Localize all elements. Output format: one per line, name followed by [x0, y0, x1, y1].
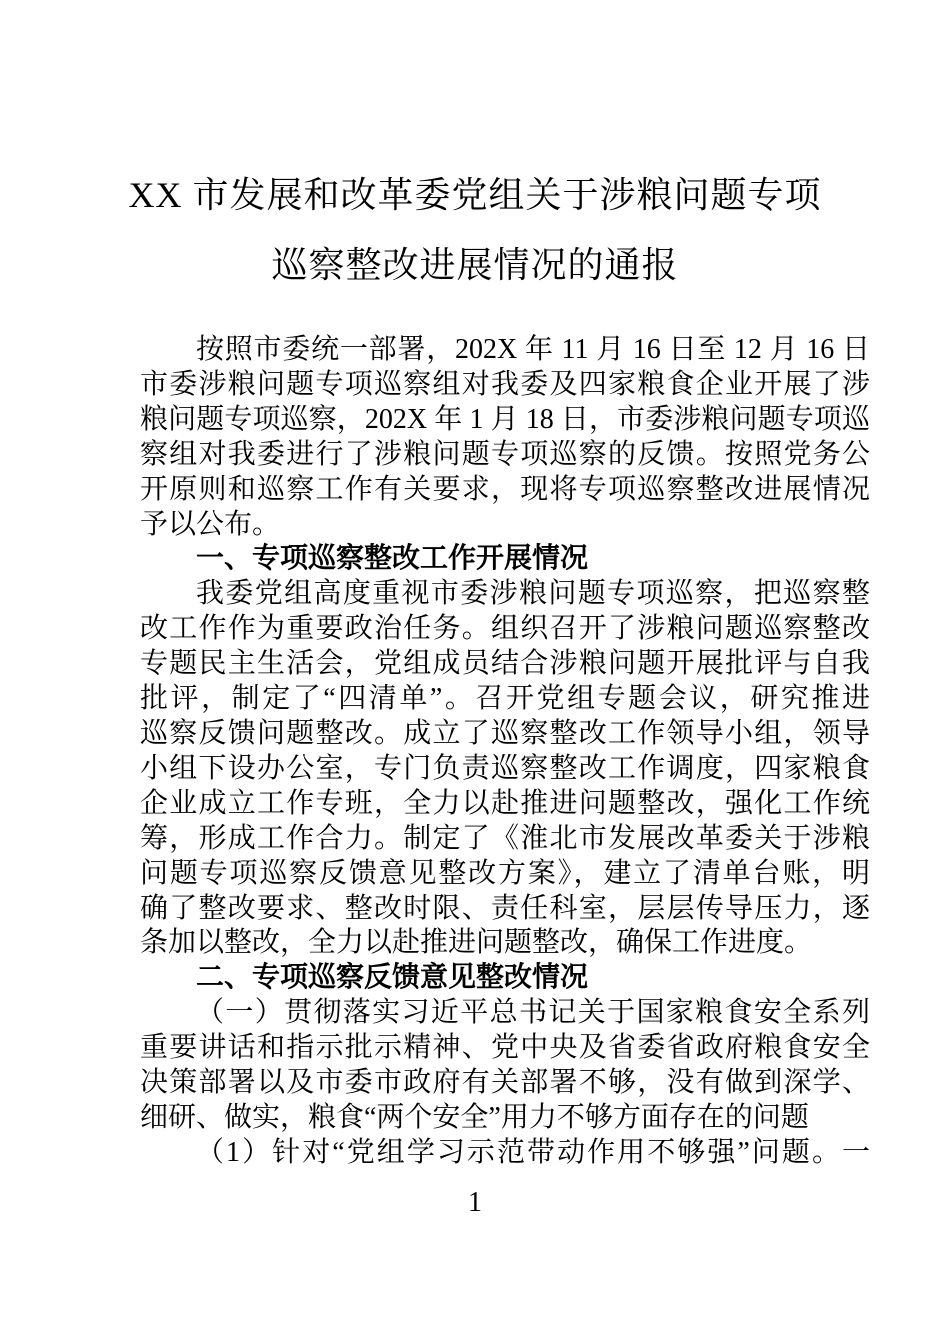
section1-body-line: 确了整改要求、整改时限、责任科室，层层传导压力，逐: [140, 892, 870, 927]
item1-heading-line: 决策部署以及市委市政府有关部署不够，没有做到深学、: [140, 1066, 870, 1101]
section1-body-line: 改工作作为重要政治任务。组织召开了涉粮问题巡察整改: [140, 612, 870, 647]
intro-line: 予以公布。: [140, 508, 870, 543]
intro-line: 市委涉粮问题专项巡察组对我委及四家粮食企业开展了涉: [140, 368, 870, 403]
section2-heading: 二、专项巡察反馈意见整改情况: [140, 961, 870, 996]
item1-heading-line: 重要讲话和指示批示精神、党中央及省委省政府粮食安全: [140, 1031, 870, 1066]
section1-body-line: 巡察反馈问题整改。成立了巡察整改工作领导小组，领导: [140, 717, 870, 752]
section1-body-line: 我委党组高度重视市委涉粮问题专项巡察，把巡察整: [140, 577, 870, 612]
document-body: 按照市委统一部署，202X 年 11 月 16 日至 12 月 16 日 市委涉…: [140, 333, 870, 1171]
title-line-1: XX 市发展和改革委党组关于涉粮问题专项: [0, 160, 950, 230]
document-page: XX 市发展和改革委党组关于涉粮问题专项 巡察整改进展情况的通报 按照市委统一部…: [0, 0, 950, 1344]
section1-body-line: 问题专项巡察反馈意见整改方案》，建立了清单台账，明: [140, 857, 870, 892]
point1-line: （1）针对“党组学习示范带动作用不够强”问题。一: [140, 1136, 870, 1171]
section1-body-line: 专题民主生活会，党组成员结合涉粮问题开展批评与自我: [140, 647, 870, 682]
item1-heading-line: 细研、做实，粮食“两个安全”用力不够方面存在的问题: [140, 1101, 870, 1136]
page-number: 1: [0, 1186, 950, 1221]
section1-body-line: 筹，形成工作合力。制定了《淮北市发展改革委关于涉粮: [140, 822, 870, 857]
section1-heading: 一、专项巡察整改工作开展情况: [140, 542, 870, 577]
intro-line: 开原则和巡察工作有关要求，现将专项巡察整改进展情况: [140, 473, 870, 508]
section1-body-line: 小组下设办公室，专门负责巡察整改工作调度，四家粮食: [140, 752, 870, 787]
intro-line: 察组对我委进行了涉粮问题专项巡察的反馈。按照党务公: [140, 438, 870, 473]
section1-body-line: 条加以整改，全力以赴推进问题整改，确保工作进度。: [140, 926, 870, 961]
title-line-2: 巡察整改进展情况的通报: [0, 230, 950, 300]
item1-heading-line: （一）贯彻落实习近平总书记关于国家粮食安全系列: [140, 996, 870, 1031]
section1-body-line: 批评，制定了“四清单”。召开党组专题会议，研究推进: [140, 682, 870, 717]
section1-body-line: 企业成立工作专班，全力以赴推进问题整改，强化工作统: [140, 787, 870, 822]
intro-line: 粮问题专项巡察，202X 年 1 月 18 日，市委涉粮问题专项巡: [140, 403, 870, 438]
intro-line: 按照市委统一部署，202X 年 11 月 16 日至 12 月 16 日: [140, 333, 870, 368]
document-title: XX 市发展和改革委党组关于涉粮问题专项 巡察整改进展情况的通报: [0, 160, 950, 300]
